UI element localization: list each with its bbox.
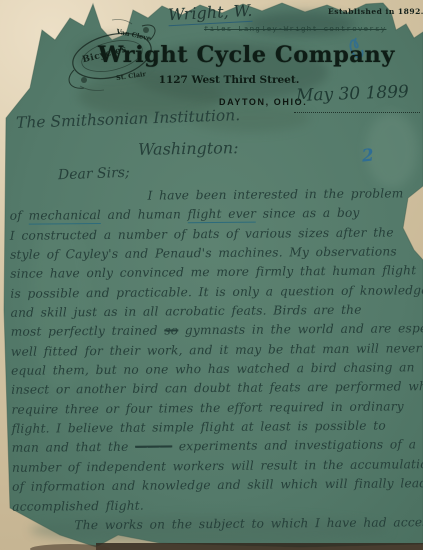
underlined-word: flight ever bbox=[188, 207, 257, 224]
underlined-word: mechanical bbox=[28, 208, 101, 225]
letter-text: The works on the subject to which I have… bbox=[74, 515, 423, 532]
letter-body: I have been interested in the problemof … bbox=[9, 186, 420, 538]
letter-text: accomplished flight. bbox=[12, 498, 144, 513]
struck-out-word: ——— bbox=[135, 440, 172, 454]
letter-text: of bbox=[10, 209, 29, 223]
letter-text: experiments and investigations of a larg… bbox=[172, 437, 423, 453]
letter-line: The works on the subject to which I have… bbox=[12, 515, 420, 538]
letter-text: man and that the bbox=[12, 440, 135, 455]
letter-text: most perfectly trained bbox=[11, 324, 165, 339]
letter-text: since as a boy bbox=[256, 206, 359, 221]
company-name: Wright Cycle Company bbox=[98, 42, 360, 68]
salutation: Dear Sirs; bbox=[58, 165, 130, 183]
letter-text: style of Cayley's and Penaud's machines.… bbox=[10, 244, 397, 261]
struck-out-word: so bbox=[164, 324, 178, 338]
handwritten-date: May 30 1899 bbox=[296, 82, 409, 106]
typed-file-note: files Langley-Wright controversy bbox=[204, 26, 386, 34]
archivist-name-annotation: Wright, W. bbox=[168, 1, 253, 24]
established-line: Established in 1892. bbox=[328, 7, 423, 16]
date-rule bbox=[294, 112, 420, 113]
letter-text: I have been interested in the problem bbox=[147, 186, 403, 202]
letter-text: is possible and practicable. It is only … bbox=[10, 283, 423, 301]
letter-text: number of independent workers will resul… bbox=[12, 457, 423, 475]
page-number-annotation: 2 bbox=[361, 145, 375, 166]
letter-text: well fitted for their work, and it may b… bbox=[11, 341, 422, 359]
letter-text: I constructed a number of bats of variou… bbox=[10, 225, 394, 242]
scanned-letter-photo: { "annotations": { "archivist_name": "Wr… bbox=[0, 0, 423, 550]
letter-text: and skill just as in all acrobatic feats… bbox=[11, 303, 362, 320]
letter-text: of information and knowledge and skill w… bbox=[12, 476, 423, 494]
letter-text: and human bbox=[101, 208, 188, 223]
letter-text: require three or four times the effort r… bbox=[11, 399, 404, 416]
letter-text: gymnasts in the world and are especially bbox=[178, 321, 423, 337]
archivist-name-text: Wright, W. bbox=[168, 1, 253, 26]
letter-text: since have only convinced me more firmly… bbox=[10, 264, 416, 282]
letter-text: insect or another bird can doubt that fe… bbox=[11, 379, 423, 397]
letter-text: equal them, but no one who has watched a… bbox=[11, 360, 415, 378]
letter-text: flight. I believe that simple flight at … bbox=[12, 419, 386, 436]
recipient-line-2: Washington: bbox=[138, 138, 239, 159]
